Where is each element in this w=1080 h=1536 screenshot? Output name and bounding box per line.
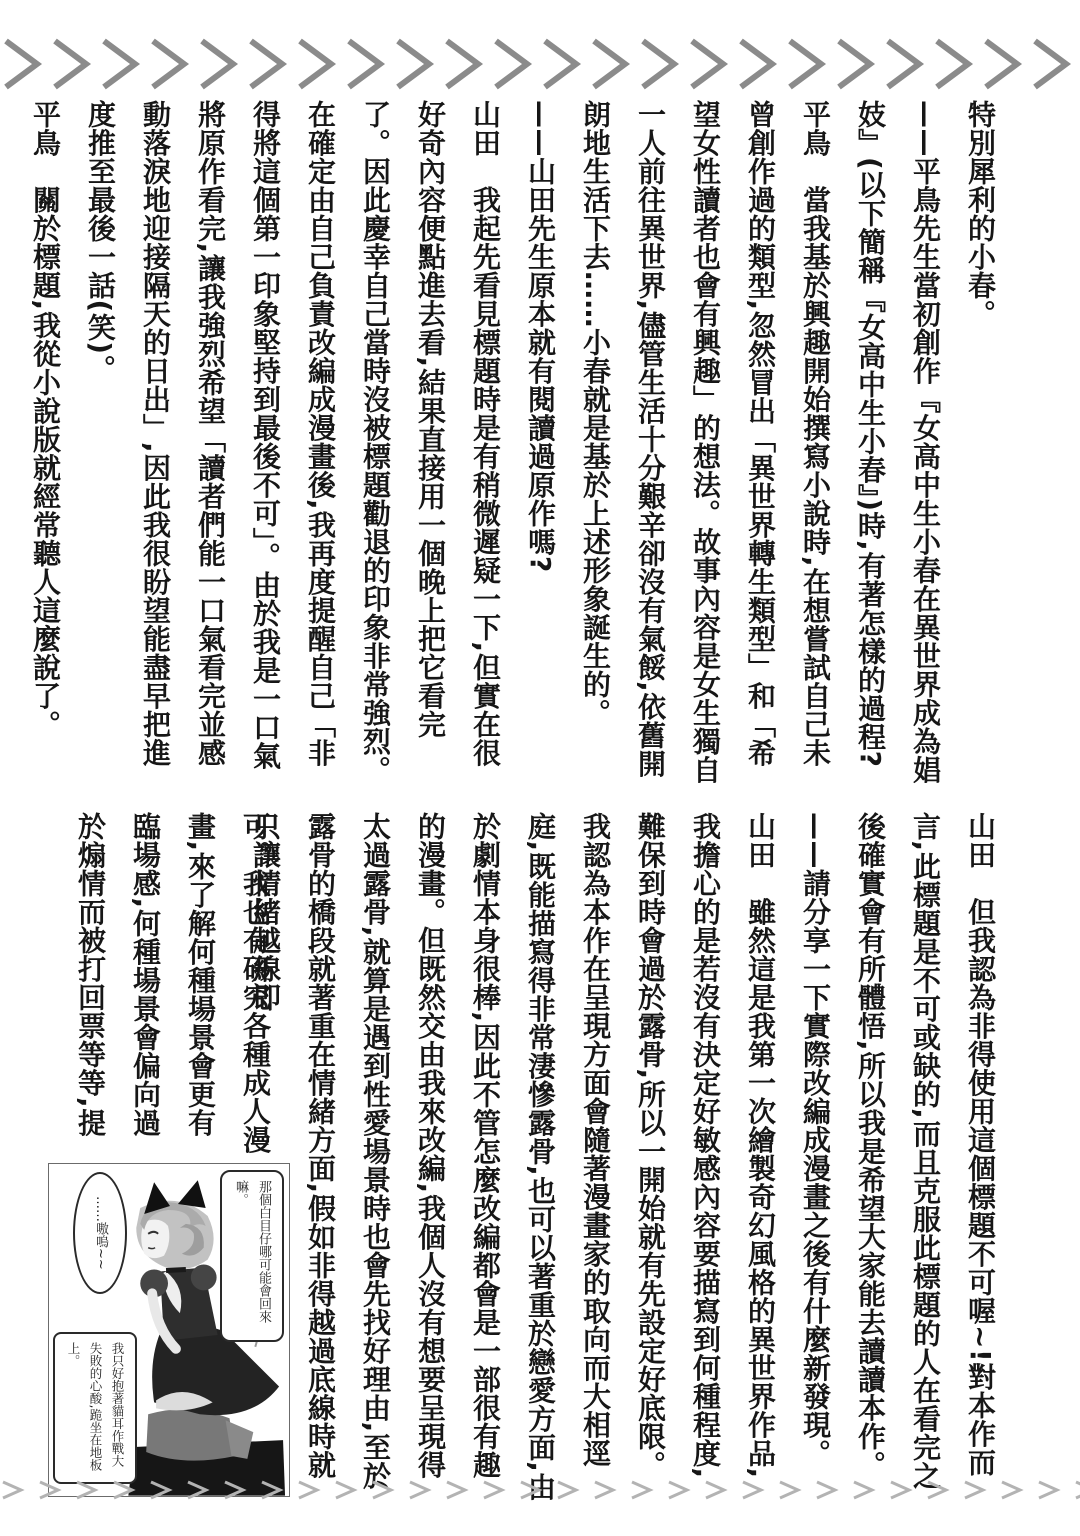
interview-text-bottom: 山田 但我認為非得使用這個標題不可喔~!對本作而言,此標題是不可或缺的,而且克服…: [238, 812, 1008, 1502]
narration-caption-text: 我只好抱著貓耳作戰大失敗的心酸,跪坐在地板上。: [66, 1342, 125, 1471]
interview-page: 特別犀利的小春。 ——平鳥先生當初創作『女高中生小春在異世界成為娼妓』(以下簡稱…: [0, 0, 1080, 1536]
interview-answer-yamada: 山田 雖然這是我第一次繪製奇幻風格的異世界作品,我擔心的是若沒有決定好敏感內容要…: [238, 812, 788, 1502]
interview-question: ——請分享一下實際改編成漫畫之後有什麼新發現。: [788, 812, 843, 1502]
interview-answer-continuation: 可。我也有研究各種成人漫畫,來了解何種場景會更有臨場感,何種場景會偏向過於煽情而…: [63, 812, 283, 1154]
interview-text-bottom-continuation: 可。我也有研究各種成人漫畫,來了解何種場景會更有臨場感,何種場景會偏向過於煽情而…: [63, 812, 283, 1154]
interview-question: ——平鳥先生當初創作『女高中生小春在異世界成為娼妓』(以下簡稱『女高中生小春』)…: [843, 100, 953, 790]
interview-answer-hiratori: 平鳥 當我基於興趣開始撰寫小說時,在想嘗試自己未曾創作過的類型,忽然冒出「異世界…: [568, 100, 843, 790]
interview-question: ——山田先生原本就有閱讀過原作嗎?: [513, 100, 568, 790]
interview-sentence-fragment: 特別犀利的小春。: [953, 100, 1008, 790]
chevron-border-top-icon: [0, 38, 1080, 90]
interview-answer-yamada: 山田 但我認為非得使用這個標題不可喔~!對本作而言,此標題是不可或缺的,而且克服…: [843, 812, 1008, 1502]
interview-answer-hiratori: 平鳥 關於標題,我從小說版就經常聽人這麼說了。: [18, 100, 73, 790]
interview-answer-yamada: 山田 我起先看見標題時是有稍微遲疑一下,但實在很好奇內容便點進去看,結果直接用一…: [73, 100, 513, 790]
narration-caption: 我只好抱著貓耳作戰大失敗的心酸,跪坐在地板上。: [53, 1332, 137, 1484]
speech-bubble-text: 那個白目仔哪可能會回來嘛。: [233, 1180, 271, 1323]
interview-text-top: 特別犀利的小春。 ——平鳥先生當初創作『女高中生小春在異世界成為娼妓』(以下簡稱…: [18, 100, 1008, 790]
speech-bubble-text: ……嗷嗚~~: [90, 1196, 110, 1270]
speech-bubble: ……嗷嗚~~: [73, 1172, 127, 1294]
chevron-border-bottom-icon: [0, 1480, 1080, 1500]
speech-bubble: 那個白目仔哪可能會回來嘛。: [220, 1170, 284, 1342]
manga-panel: 那個白目仔哪可能會回來嘛。 ……嗷嗚~~ 我只好抱著貓耳作戰大失敗的心酸,跪坐在…: [48, 1163, 290, 1497]
